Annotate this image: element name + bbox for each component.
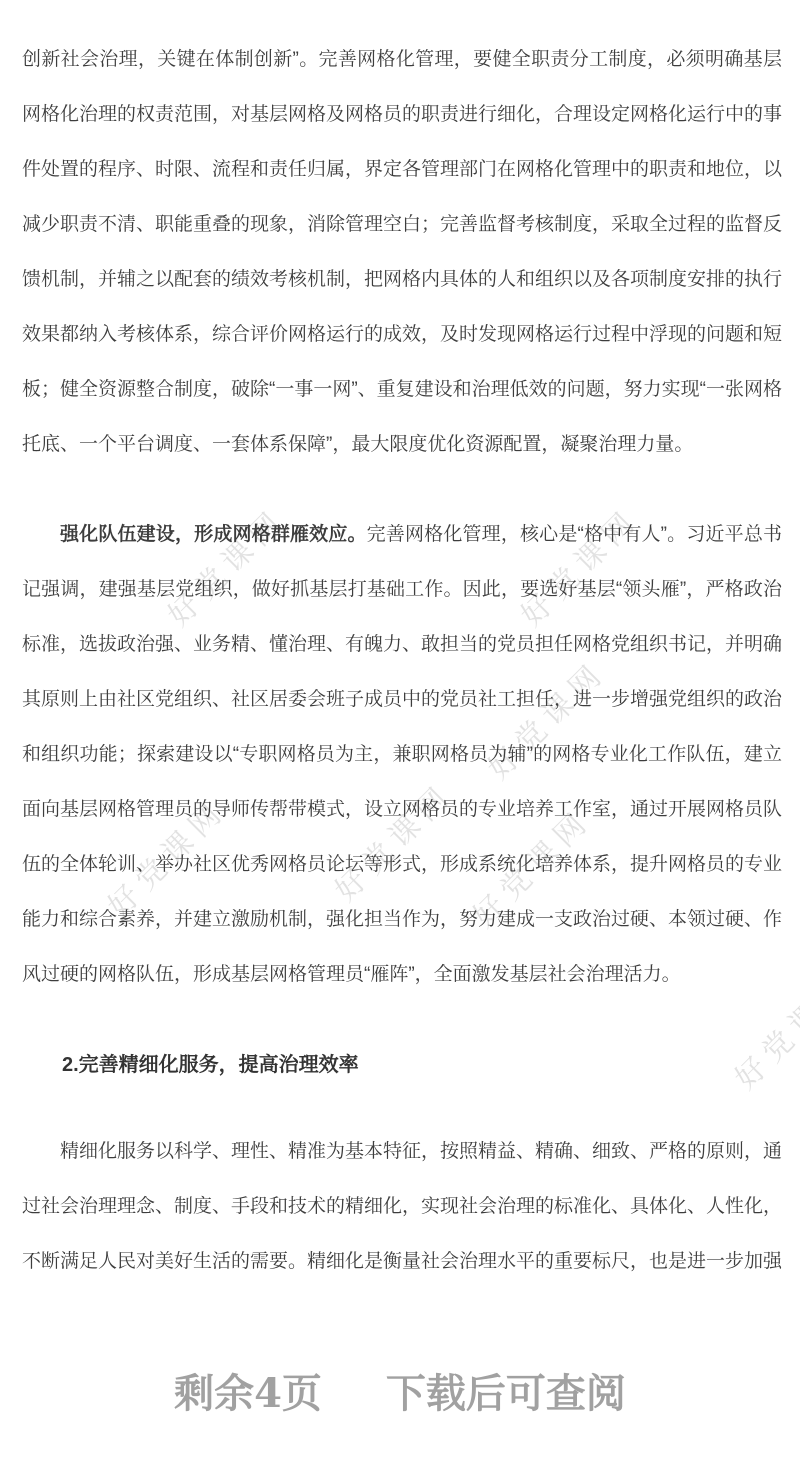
section-heading: 2.完善精细化服务，提高治理效率: [22, 1038, 782, 1093]
paragraph-team-building: 强化队伍建设，形成网格群雁效应。完善网格化管理，核心是“格中有人”。习近平总书记…: [22, 507, 782, 1002]
preview-footer: 剩余4页下载后可查阅: [0, 1371, 800, 1417]
paragraph-text: 创新社会治理，关键在体制创新”。完善网格化管理，要健全职责分工制度，必须明确基层…: [22, 49, 782, 455]
document-content: 创新社会治理，关键在体制创新”。完善网格化管理，要健全职责分工制度，必须明确基层…: [0, 0, 800, 1289]
download-hint-label: 下载后可查阅: [386, 1370, 626, 1417]
paragraph-text: 完善网格化管理，核心是“格中有人”。习近平总书记强调，建强基层党组织，做好抓基层…: [22, 524, 782, 985]
paragraph-refined-service: 精细化服务以科学、理性、精准为基本特征，按照精益、精确、细致、严格的原则，通过社…: [22, 1124, 782, 1289]
paragraph-grid-management: 创新社会治理，关键在体制创新”。完善网格化管理，要健全职责分工制度，必须明确基层…: [22, 32, 782, 472]
remaining-pages-label: 剩余4页: [174, 1370, 322, 1417]
paragraph-text: 精细化服务以科学、理性、精准为基本特征，按照精益、精确、细致、严格的原则，通过社…: [22, 1141, 782, 1272]
document-preview-page: 好党课网 好党课网 好党课网 好党课网 好党课网 好党课网 好党课网 创新社会治…: [0, 0, 800, 1471]
paragraph-bold-lead: 强化队伍建设，形成网格群雁效应。: [60, 524, 367, 545]
